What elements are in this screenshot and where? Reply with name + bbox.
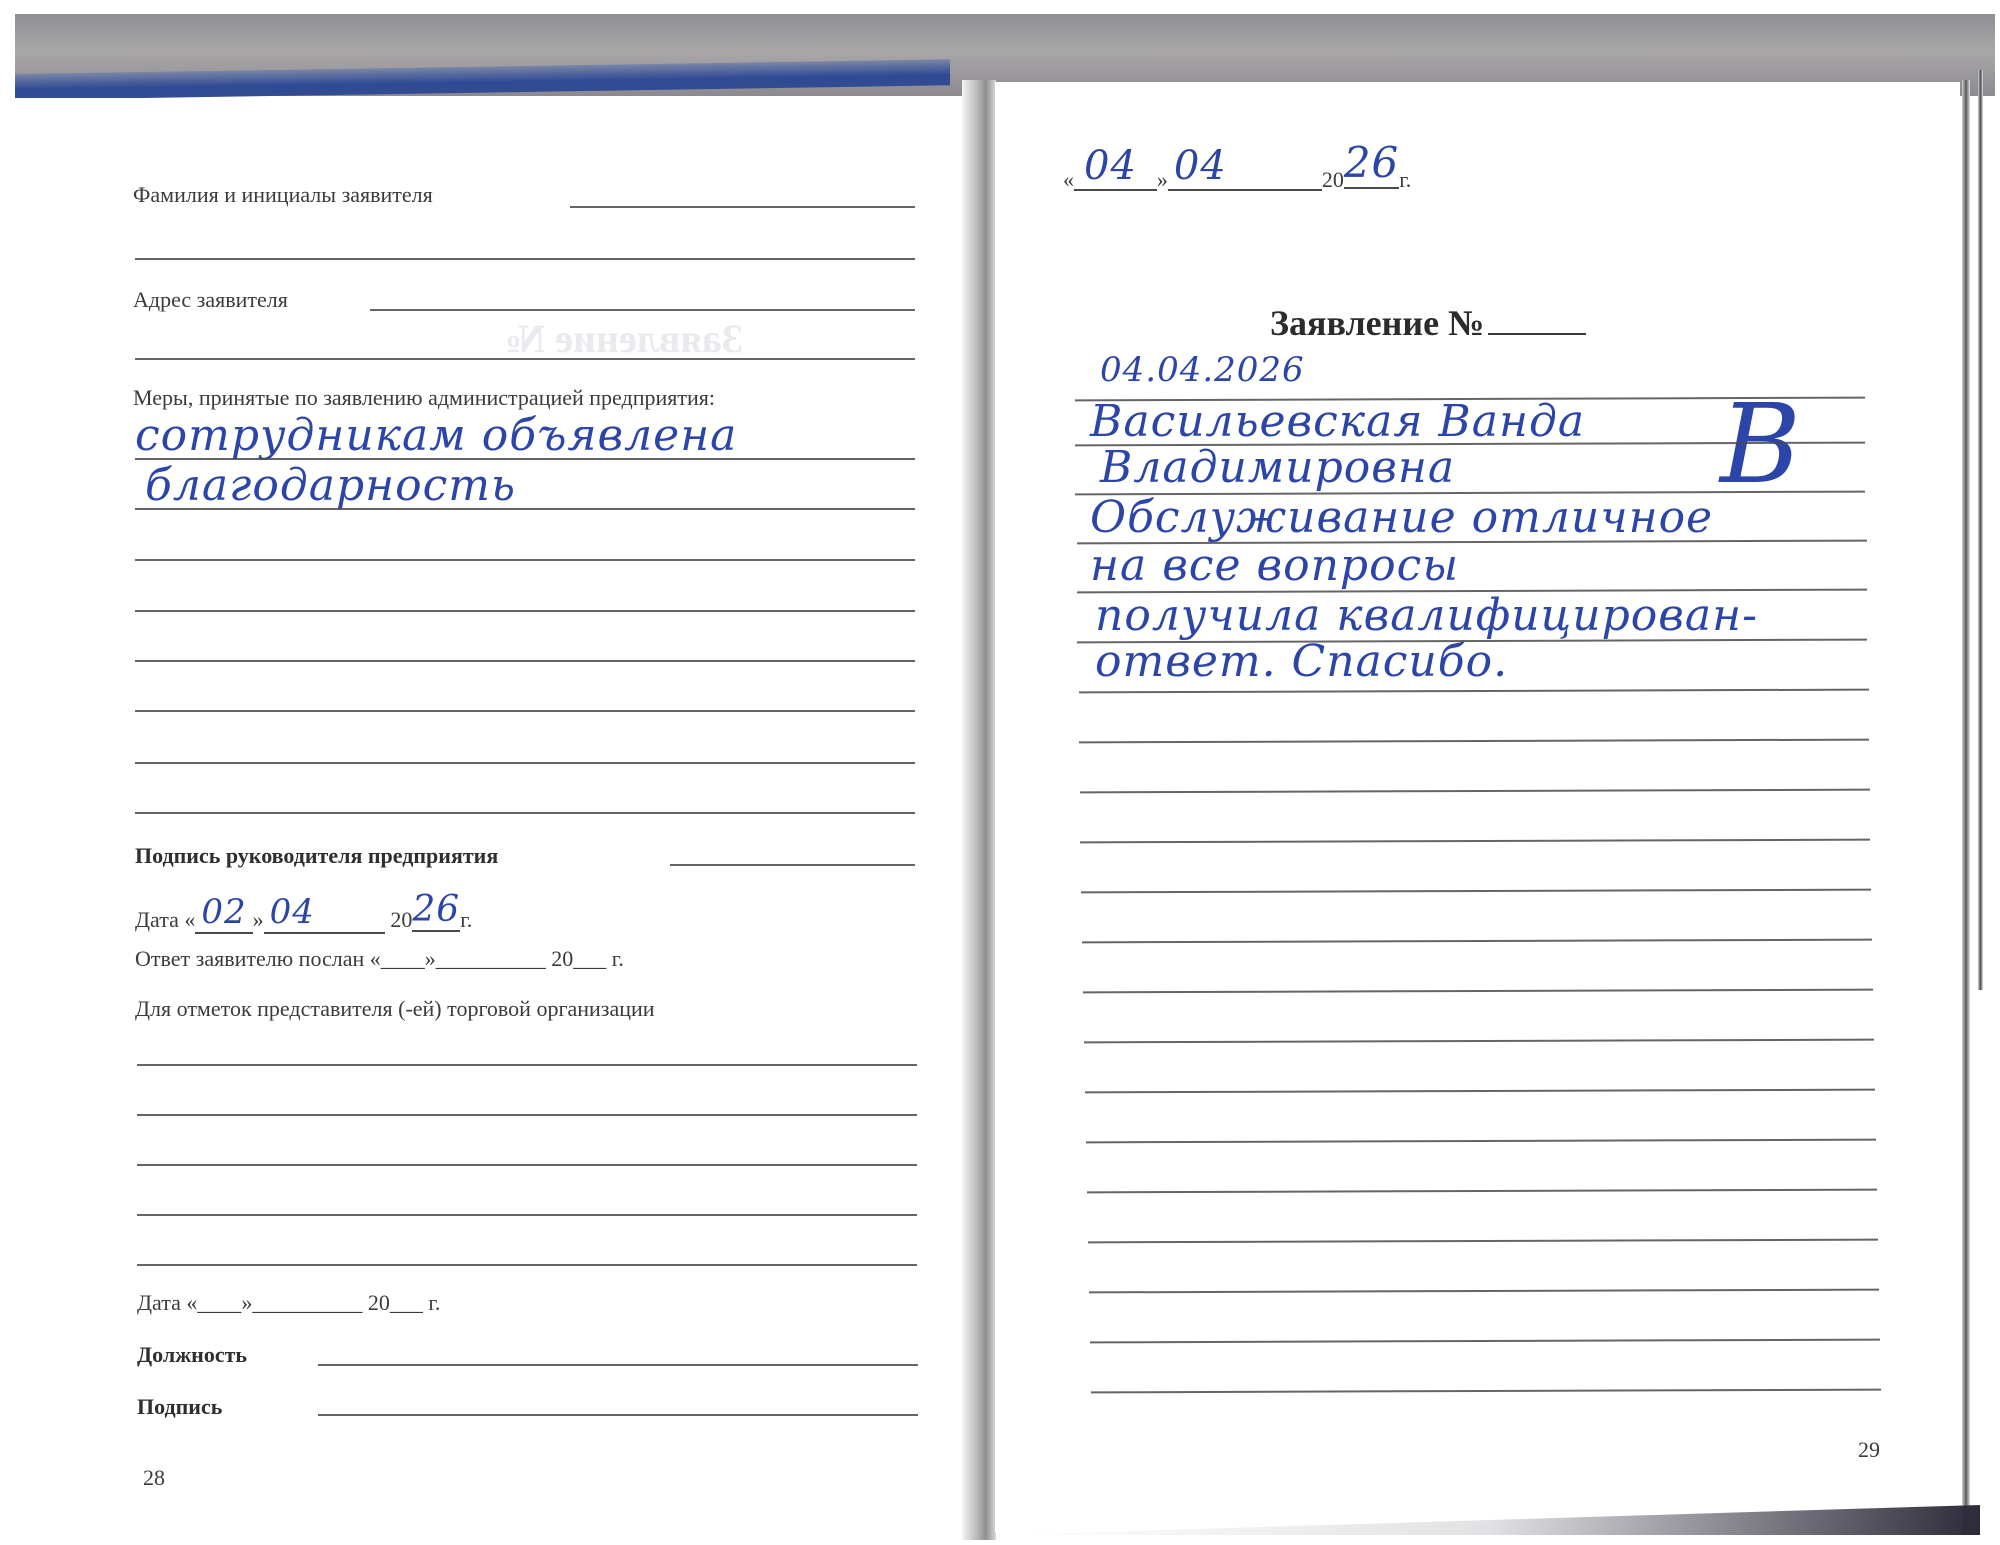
statement-text-line-2: Васильевская Ванда [1090, 396, 1585, 447]
measures-handwritten-line1: сотрудникам объявлена [135, 410, 737, 461]
measures-line-2[interactable] [135, 508, 915, 510]
statement-date-mid: » [1157, 167, 1168, 192]
right-page [995, 82, 1960, 1532]
measures-line-5[interactable] [135, 660, 915, 662]
rep-marks-line-1[interactable] [137, 1064, 917, 1066]
statement-text-line-1: 04.04.2026 [1100, 350, 1305, 390]
rep-marks-line-3[interactable] [137, 1164, 917, 1166]
statement-text-line-5: на все вопросы [1090, 540, 1459, 591]
statement-title: Заявление № [1270, 303, 1484, 343]
measures-line-6[interactable] [135, 710, 915, 712]
manager-date-mid: » [253, 907, 264, 932]
manager-signature-label: Подпись руководителя предприятия [135, 843, 498, 869]
rep-marks-line-2[interactable] [137, 1114, 917, 1116]
page-number-left: 28 [143, 1465, 165, 1491]
measures-handwritten-line2: благодарность [145, 460, 516, 511]
left-page [15, 98, 965, 1538]
statement-date-day[interactable]: 04 [1074, 143, 1157, 191]
statement-text-line-6: получила квалифицирован- [1095, 590, 1758, 641]
measures-line-8[interactable] [135, 812, 915, 814]
applicant-address-field-line2[interactable] [135, 358, 915, 360]
book-spine [962, 80, 996, 1540]
applicant-name-label: Фамилия и инициалы заявителя [133, 182, 433, 208]
signature-label: Подпись [137, 1394, 222, 1420]
statement-text-line-4: Обслуживание отличное [1090, 492, 1713, 543]
statement-date-year-prefix: 20 [1322, 167, 1344, 192]
signature-field[interactable] [318, 1414, 918, 1416]
statement-number-field[interactable] [1488, 305, 1586, 335]
manager-date-year-prefix: 20 [390, 907, 412, 932]
show-through-title: Заявление № [505, 315, 743, 362]
reply-sent-label: Ответ заявителю послан «____»__________ … [135, 946, 624, 972]
measures-line-3[interactable] [135, 559, 915, 561]
rep-marks-line-4[interactable] [137, 1214, 917, 1216]
applicant-address-field[interactable] [370, 309, 915, 311]
rep-marks-label: Для отметок представителя (-ей) торговой… [135, 996, 655, 1022]
measures-line-4[interactable] [135, 610, 915, 612]
applicant-address-label: Адрес заявителя [133, 287, 288, 313]
statement-date-year[interactable]: 26 [1344, 138, 1399, 189]
measures-line-7[interactable] [135, 762, 915, 764]
page-stack-edge-outer [1978, 70, 1983, 990]
manager-date-year[interactable]: 26 [412, 889, 460, 932]
manager-signature-field[interactable] [670, 864, 915, 866]
statement-date-month[interactable]: 04 [1168, 143, 1322, 191]
rep-marks-line-5[interactable] [137, 1264, 917, 1266]
manager-date-prefix: Дата « [135, 907, 195, 932]
measures-label: Меры, принятые по заявлению администраци… [133, 385, 715, 411]
statement-date-open: « [1063, 167, 1074, 192]
statement-text-line-3: Владимировна [1100, 442, 1455, 493]
statement-date-row: «04»042026г. [1063, 148, 1411, 197]
position-field[interactable] [318, 1364, 918, 1366]
statement-text-line-7: ответ. Спасибо. [1095, 636, 1508, 687]
manager-date-suffix: г. [460, 907, 472, 932]
statement-title-row: Заявление № [1270, 302, 1586, 344]
page-number-right: 29 [1858, 1437, 1880, 1463]
page-stack-edge [1962, 80, 1970, 1535]
rep-date-label: Дата «____»__________ 20___ г. [137, 1290, 440, 1316]
manager-date-day[interactable]: 02 [195, 892, 252, 934]
statement-date-suffix: г. [1399, 167, 1411, 192]
applicant-name-field[interactable] [570, 206, 915, 208]
manager-date-row: Дата «02»04 2026г. [135, 895, 472, 936]
manager-date-month[interactable]: 04 [264, 892, 385, 934]
position-label: Должность [137, 1342, 247, 1368]
applicant-name-field-line2[interactable] [135, 258, 915, 260]
